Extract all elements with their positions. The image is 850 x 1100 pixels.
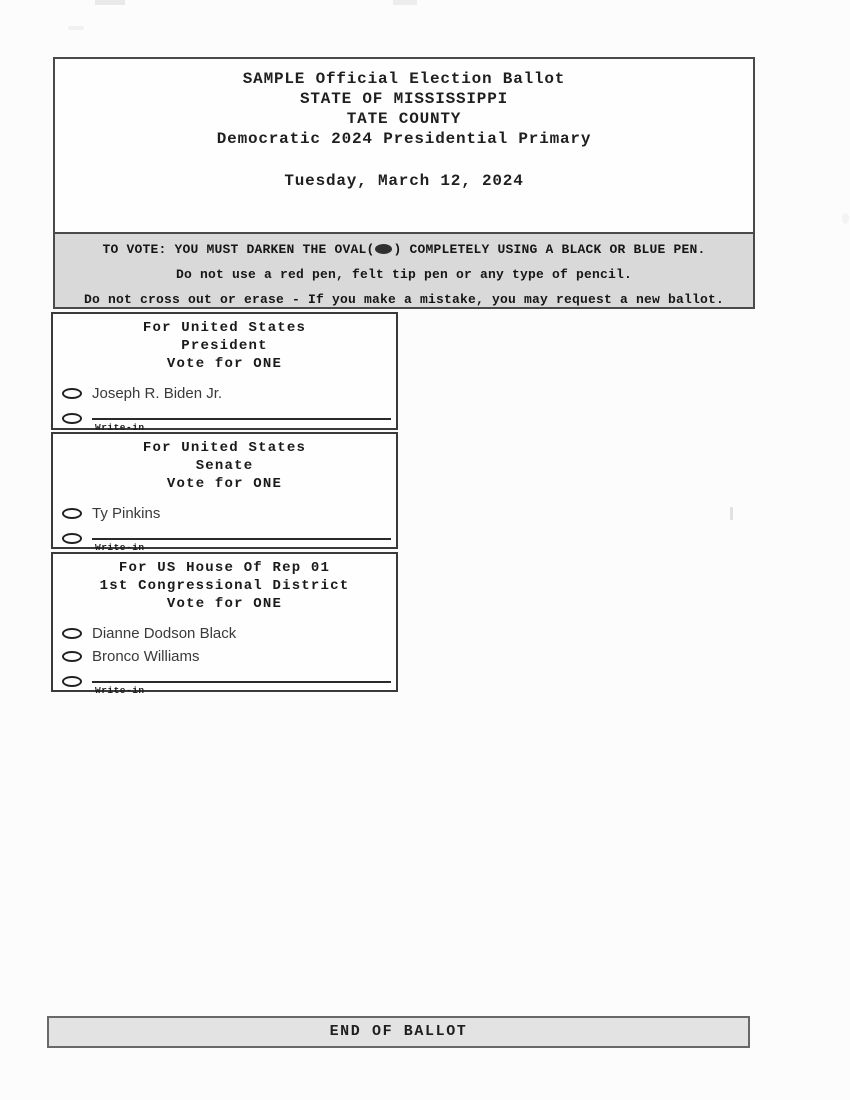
instruction-line-1-pre: TO VOTE: YOU MUST DARKEN THE OVAL( — [102, 242, 374, 257]
contest-title-line: President — [53, 337, 396, 355]
write-in-field[interactable]: Write-in — [92, 409, 391, 433]
candidate-row: Dianne Dodson Black — [53, 622, 396, 645]
candidate-row: Bronco Williams — [53, 645, 396, 668]
voting-instructions-box: TO VOTE: YOU MUST DARKEN THE OVAL() COMP… — [53, 232, 755, 309]
scan-artifact — [842, 213, 849, 224]
candidate-name: Dianne Dodson Black — [92, 625, 236, 642]
contest-box-senate: For United States Senate Vote for ONE Ty… — [51, 432, 398, 549]
vote-oval[interactable] — [62, 508, 82, 519]
write-in-row: Write-in — [53, 672, 396, 696]
scan-artifact — [730, 507, 733, 520]
end-of-ballot-label: END OF BALLOT — [49, 1018, 748, 1046]
write-in-row: Write-in — [53, 409, 396, 433]
candidate-row: Ty Pinkins — [53, 502, 396, 525]
write-in-label: Write-in — [92, 685, 391, 696]
vote-oval[interactable] — [62, 651, 82, 662]
vote-oval[interactable] — [62, 533, 82, 544]
candidate-name: Joseph R. Biden Jr. — [92, 385, 222, 402]
ballot-title: SAMPLE Official Election Ballot — [55, 69, 753, 89]
write-in-row: Write-in — [53, 529, 396, 553]
instruction-line-1: TO VOTE: YOU MUST DARKEN THE OVAL() COMP… — [55, 237, 753, 262]
contest-heading: For US House Of Rep 01 1st Congressional… — [53, 554, 396, 613]
write-in-line[interactable] — [92, 529, 391, 540]
contest-box-us-house: For US House Of Rep 01 1st Congressional… — [51, 552, 398, 692]
ballot-page: SAMPLE Official Election Ballot STATE OF… — [0, 0, 850, 1100]
contest-heading: For United States Senate Vote for ONE — [53, 434, 396, 493]
contest-title-line: For US House Of Rep 01 — [53, 559, 396, 577]
election-date: Tuesday, March 12, 2024 — [55, 171, 753, 191]
instruction-line-1-post: ) COMPLETELY USING A BLACK OR BLUE PEN. — [393, 242, 705, 257]
county-name: TATE COUNTY — [55, 109, 753, 129]
filled-oval-icon — [375, 244, 392, 254]
vote-oval[interactable] — [62, 388, 82, 399]
instruction-line-3: Do not cross out or erase - If you make … — [55, 287, 753, 312]
candidate-name: Bronco Williams — [92, 648, 200, 665]
contest-title-line: 1st Congressional District — [53, 577, 396, 595]
vote-oval[interactable] — [62, 413, 82, 424]
write-in-field[interactable]: Write-in — [92, 672, 391, 696]
vote-oval[interactable] — [62, 628, 82, 639]
candidate-row: Joseph R. Biden Jr. — [53, 382, 396, 405]
write-in-field[interactable]: Write-in — [92, 529, 391, 553]
contest-title-line: Senate — [53, 457, 396, 475]
contest-vote-for-line: Vote for ONE — [53, 475, 396, 493]
state-name: STATE OF MISSISSIPPI — [55, 89, 753, 109]
instruction-line-2: Do not use a red pen, felt tip pen or an… — [55, 262, 753, 287]
vote-oval[interactable] — [62, 676, 82, 687]
write-in-line[interactable] — [92, 409, 391, 420]
end-of-ballot-bar: END OF BALLOT — [47, 1016, 750, 1048]
contest-title-line: For United States — [53, 319, 396, 337]
ballot-header-box: SAMPLE Official Election Ballot STATE OF… — [53, 57, 755, 242]
election-name: Democratic 2024 Presidential Primary — [55, 129, 753, 149]
candidate-name: Ty Pinkins — [92, 505, 160, 522]
scan-artifact — [393, 0, 417, 5]
contest-heading: For United States President Vote for ONE — [53, 314, 396, 373]
contest-box-president: For United States President Vote for ONE… — [51, 312, 398, 430]
contest-title-line: For United States — [53, 439, 396, 457]
contest-vote-for-line: Vote for ONE — [53, 595, 396, 613]
contest-vote-for-line: Vote for ONE — [53, 355, 396, 373]
scan-artifact — [68, 26, 84, 30]
write-in-line[interactable] — [92, 672, 391, 683]
scan-artifact — [95, 0, 125, 5]
